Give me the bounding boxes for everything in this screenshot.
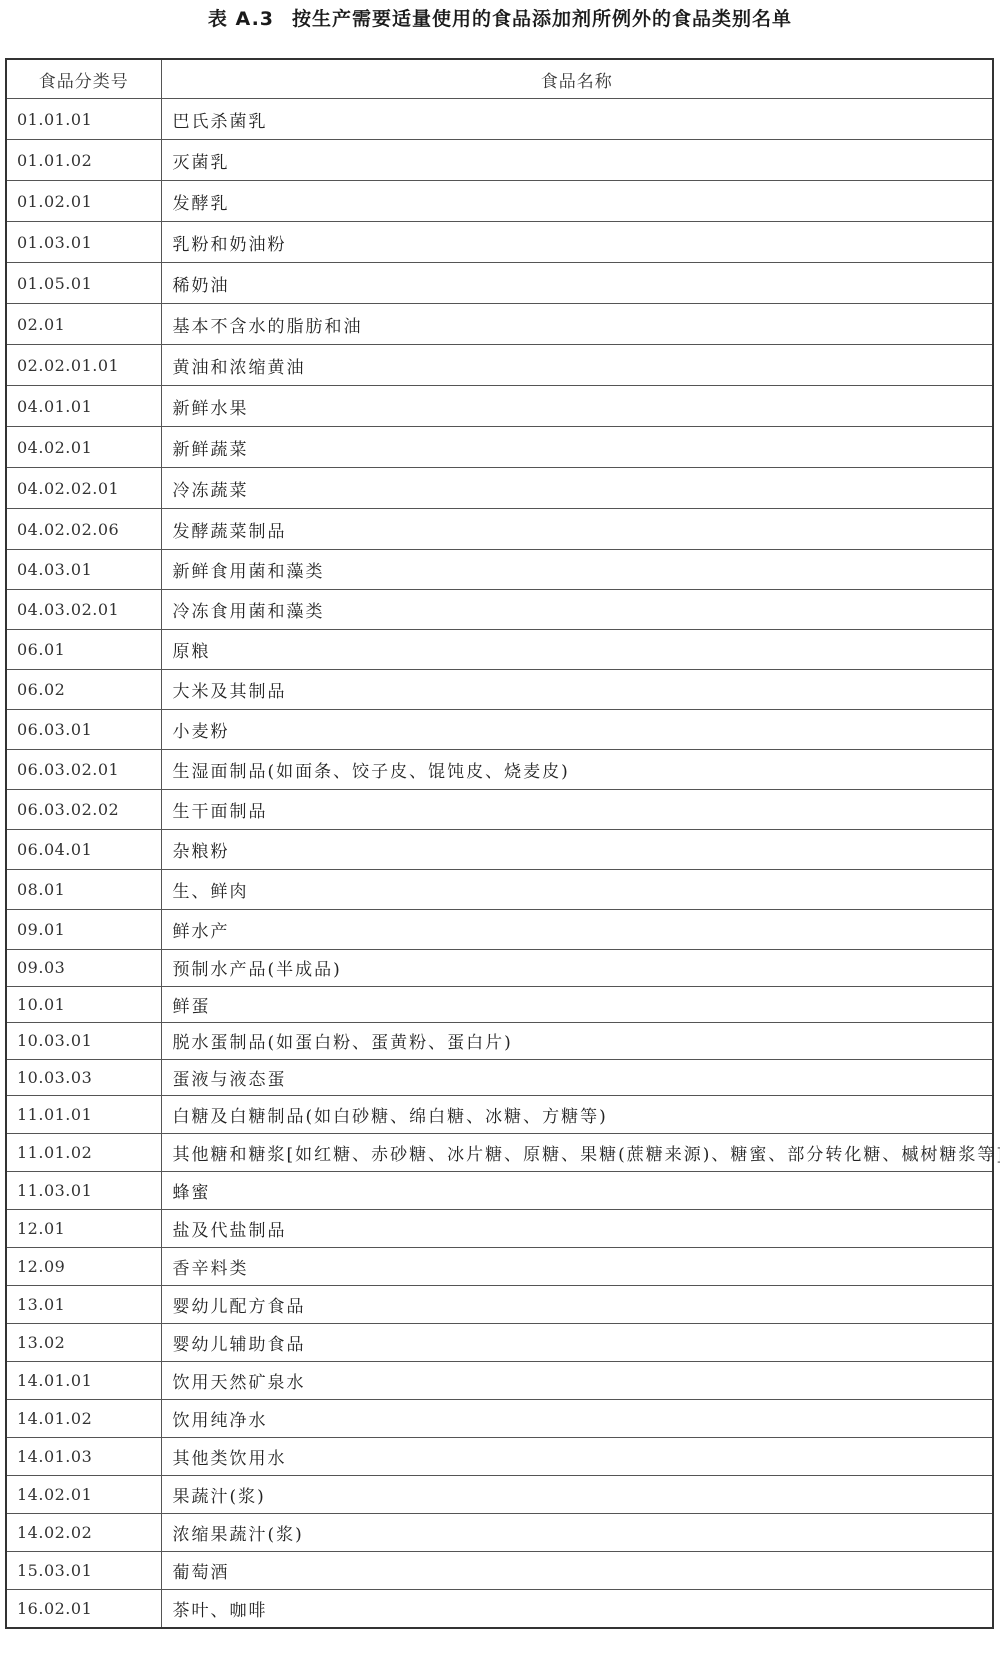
food-name-cell: 黄油和浓缩黄油 xyxy=(161,345,993,386)
category-code-cell: 02.02.01.01 xyxy=(6,345,161,386)
food-name-cell: 大米及其制品 xyxy=(161,670,993,710)
table-row: 14.02.02浓缩果蔬汁(浆) xyxy=(6,1514,993,1552)
table-row: 10.03.01脱水蛋制品(如蛋白粉、蛋黄粉、蛋白片) xyxy=(6,1023,993,1060)
table-row: 11.01.02其他糖和糖浆[如红糖、赤砂糖、冰片糖、原糖、果糖(蔗糖来源)、糖… xyxy=(6,1134,993,1172)
table-row: 04.03.02.01冷冻食用菌和藻类 xyxy=(6,590,993,630)
category-code-cell: 10.03.01 xyxy=(6,1023,161,1060)
table-row: 10.03.03蛋液与液态蛋 xyxy=(6,1059,993,1096)
food-name-cell: 蜂蜜 xyxy=(161,1172,993,1210)
category-code-cell: 10.01 xyxy=(6,986,161,1023)
category-code-cell: 14.02.01 xyxy=(6,1476,161,1514)
header-food-name: 食品名称 xyxy=(161,59,993,99)
table-row: 06.04.01杂粮粉 xyxy=(6,830,993,870)
category-code-cell: 06.03.02.02 xyxy=(6,790,161,830)
food-name-cell: 婴幼儿辅助食品 xyxy=(161,1324,993,1362)
food-name-cell: 茶叶、咖啡 xyxy=(161,1590,993,1629)
table-row: 10.01鲜蛋 xyxy=(6,986,993,1023)
table-number: 表 A.3 xyxy=(208,8,274,30)
food-name-cell: 葡萄酒 xyxy=(161,1552,993,1590)
category-code-cell: 14.01.01 xyxy=(6,1362,161,1400)
table-row: 06.03.02.01生湿面制品(如面条、饺子皮、馄饨皮、烧麦皮) xyxy=(6,750,993,790)
table-row: 14.02.01果蔬汁(浆) xyxy=(6,1476,993,1514)
table-row: 04.02.02.06发酵蔬菜制品 xyxy=(6,509,993,550)
category-code-cell: 08.01 xyxy=(6,870,161,910)
table-row: 06.03.02.02生干面制品 xyxy=(6,790,993,830)
category-code-cell: 04.03.01 xyxy=(6,550,161,590)
food-name-cell: 饮用天然矿泉水 xyxy=(161,1362,993,1400)
category-code-cell: 04.01.01 xyxy=(6,386,161,427)
food-name-cell: 其他类饮用水 xyxy=(161,1438,993,1476)
food-name-cell: 发酵乳 xyxy=(161,181,993,222)
category-code-cell: 11.03.01 xyxy=(6,1172,161,1210)
table-row: 12.01盐及代盐制品 xyxy=(6,1210,993,1248)
food-name-cell: 新鲜蔬菜 xyxy=(161,427,993,468)
table-row: 04.03.01新鲜食用菌和藻类 xyxy=(6,550,993,590)
food-name-cell: 生干面制品 xyxy=(161,790,993,830)
food-name-cell: 新鲜水果 xyxy=(161,386,993,427)
category-code-cell: 04.02.02.06 xyxy=(6,509,161,550)
food-name-cell: 盐及代盐制品 xyxy=(161,1210,993,1248)
food-name-cell: 杂粮粉 xyxy=(161,830,993,870)
table-row: 01.03.01乳粉和奶油粉 xyxy=(6,222,993,263)
table-row: 13.01婴幼儿配方食品 xyxy=(6,1286,993,1324)
table-caption: 表 A.3按生产需要适量使用的食品添加剂所例外的食品类别名单 xyxy=(0,4,1000,31)
category-code-cell: 02.01 xyxy=(6,304,161,345)
category-code-cell: 06.01 xyxy=(6,630,161,670)
category-code-cell: 16.02.01 xyxy=(6,1590,161,1629)
table-row: 01.05.01稀奶油 xyxy=(6,263,993,304)
table-row: 04.02.01新鲜蔬菜 xyxy=(6,427,993,468)
food-name-cell: 香辛料类 xyxy=(161,1248,993,1286)
food-name-cell: 生湿面制品(如面条、饺子皮、馄饨皮、烧麦皮) xyxy=(161,750,993,790)
table-row: 14.01.03其他类饮用水 xyxy=(6,1438,993,1476)
category-code-cell: 12.01 xyxy=(6,1210,161,1248)
table-row: 06.01原粮 xyxy=(6,630,993,670)
category-code-cell: 11.01.01 xyxy=(6,1096,161,1134)
category-code-cell: 14.01.02 xyxy=(6,1400,161,1438)
food-name-cell: 小麦粉 xyxy=(161,710,993,750)
table-row: 02.01基本不含水的脂肪和油 xyxy=(6,304,993,345)
food-name-cell: 婴幼儿配方食品 xyxy=(161,1286,993,1324)
table-row: 01.01.01巴氏杀菌乳 xyxy=(6,99,993,140)
food-name-cell: 果蔬汁(浆) xyxy=(161,1476,993,1514)
table-row: 04.02.02.01冷冻蔬菜 xyxy=(6,468,993,509)
food-name-cell: 基本不含水的脂肪和油 xyxy=(161,304,993,345)
table-row: 08.01生、鲜肉 xyxy=(6,870,993,910)
table-row: 13.02婴幼儿辅助食品 xyxy=(6,1324,993,1362)
category-code-cell: 14.01.03 xyxy=(6,1438,161,1476)
category-code-cell: 06.03.01 xyxy=(6,710,161,750)
table-row: 01.01.02灭菌乳 xyxy=(6,140,993,181)
category-code-cell: 06.03.02.01 xyxy=(6,750,161,790)
table-row: 11.01.01白糖及白糖制品(如白砂糖、绵白糖、冰糖、方糖等) xyxy=(6,1096,993,1134)
table-title: 按生产需要适量使用的食品添加剂所例外的食品类别名单 xyxy=(292,8,792,30)
category-code-cell: 15.03.01 xyxy=(6,1552,161,1590)
table-row: 09.01鲜水产 xyxy=(6,910,993,950)
food-name-cell: 预制水产品(半成品) xyxy=(161,950,993,987)
table-row: 11.03.01蜂蜜 xyxy=(6,1172,993,1210)
food-name-cell: 鲜蛋 xyxy=(161,986,993,1023)
table-row: 02.02.01.01黄油和浓缩黄油 xyxy=(6,345,993,386)
category-code-cell: 11.01.02 xyxy=(6,1134,161,1172)
category-code-cell: 01.05.01 xyxy=(6,263,161,304)
table-row: 01.02.01发酵乳 xyxy=(6,181,993,222)
food-name-cell: 脱水蛋制品(如蛋白粉、蛋黄粉、蛋白片) xyxy=(161,1023,993,1060)
table-body: 01.01.01巴氏杀菌乳01.01.02灭菌乳01.02.01发酵乳01.03… xyxy=(6,99,993,1629)
table-row: 16.02.01茶叶、咖啡 xyxy=(6,1590,993,1629)
food-name-cell: 原粮 xyxy=(161,630,993,670)
table-row: 06.03.01小麦粉 xyxy=(6,710,993,750)
food-name-cell: 浓缩果蔬汁(浆) xyxy=(161,1514,993,1552)
food-name-cell: 生、鲜肉 xyxy=(161,870,993,910)
food-name-cell: 冷冻蔬菜 xyxy=(161,468,993,509)
food-name-cell: 鲜水产 xyxy=(161,910,993,950)
category-code-cell: 01.02.01 xyxy=(6,181,161,222)
category-code-cell: 14.02.02 xyxy=(6,1514,161,1552)
table-row: 14.01.02饮用纯净水 xyxy=(6,1400,993,1438)
food-name-cell: 饮用纯净水 xyxy=(161,1400,993,1438)
table-row: 14.01.01饮用天然矿泉水 xyxy=(6,1362,993,1400)
category-code-cell: 01.01.02 xyxy=(6,140,161,181)
table-row: 12.09香辛料类 xyxy=(6,1248,993,1286)
category-code-cell: 01.01.01 xyxy=(6,99,161,140)
food-name-cell: 稀奶油 xyxy=(161,263,993,304)
category-code-cell: 09.01 xyxy=(6,910,161,950)
category-code-cell: 04.02.02.01 xyxy=(6,468,161,509)
category-code-cell: 04.02.01 xyxy=(6,427,161,468)
food-name-cell: 发酵蔬菜制品 xyxy=(161,509,993,550)
food-name-cell: 白糖及白糖制品(如白砂糖、绵白糖、冰糖、方糖等) xyxy=(161,1096,993,1134)
header-category-code: 食品分类号 xyxy=(6,59,161,99)
category-code-cell: 01.03.01 xyxy=(6,222,161,263)
category-code-cell: 04.03.02.01 xyxy=(6,590,161,630)
food-category-table: 食品分类号 食品名称 01.01.01巴氏杀菌乳01.01.02灭菌乳01.02… xyxy=(5,58,994,1629)
table-row: 15.03.01葡萄酒 xyxy=(6,1552,993,1590)
category-code-cell: 10.03.03 xyxy=(6,1059,161,1096)
food-name-cell: 灭菌乳 xyxy=(161,140,993,181)
category-code-cell: 13.01 xyxy=(6,1286,161,1324)
food-name-cell: 乳粉和奶油粉 xyxy=(161,222,993,263)
food-name-cell: 其他糖和糖浆[如红糖、赤砂糖、冰片糖、原糖、果糖(蔗糖来源)、糖蜜、部分转化糖、… xyxy=(161,1134,993,1172)
category-code-cell: 06.02 xyxy=(6,670,161,710)
table-row: 04.01.01新鲜水果 xyxy=(6,386,993,427)
table-row: 06.02大米及其制品 xyxy=(6,670,993,710)
table-row: 09.03预制水产品(半成品) xyxy=(6,950,993,987)
food-name-cell: 巴氏杀菌乳 xyxy=(161,99,993,140)
table-header-row: 食品分类号 食品名称 xyxy=(6,59,993,99)
category-code-cell: 13.02 xyxy=(6,1324,161,1362)
category-code-cell: 12.09 xyxy=(6,1248,161,1286)
food-name-cell: 蛋液与液态蛋 xyxy=(161,1059,993,1096)
category-code-cell: 06.04.01 xyxy=(6,830,161,870)
category-code-cell: 09.03 xyxy=(6,950,161,987)
food-name-cell: 新鲜食用菌和藻类 xyxy=(161,550,993,590)
food-name-cell: 冷冻食用菌和藻类 xyxy=(161,590,993,630)
